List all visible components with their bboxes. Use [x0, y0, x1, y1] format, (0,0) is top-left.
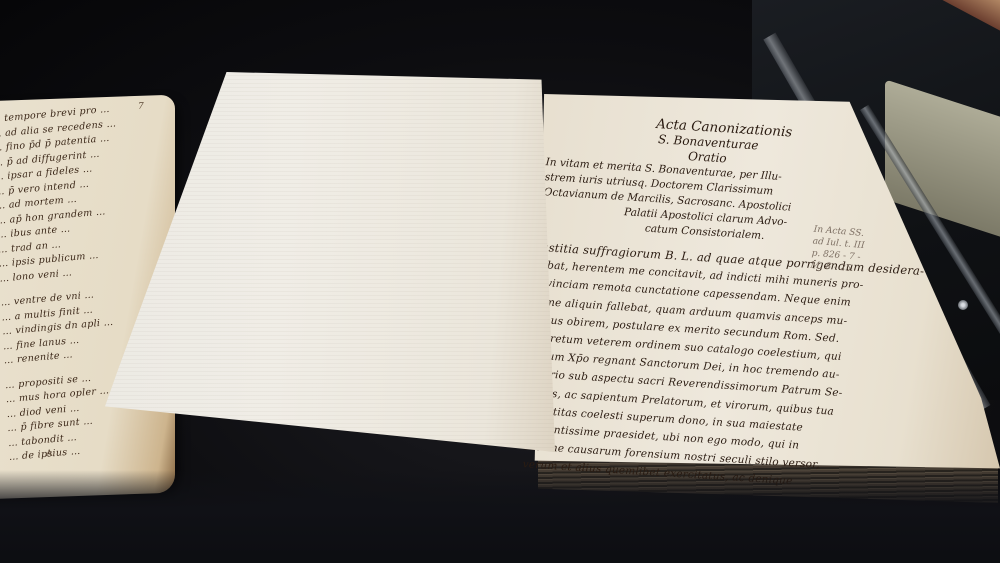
pencil-margin-note: In Acta SS. ad Iul. t. III p. 826 - 7 - …: [810, 224, 894, 279]
right-manuscript-text: Acta Canonizationis S. Bonaventurae Orat…: [522, 110, 874, 495]
museum-display-scene: 7 … tempore brevi pro … … ad alia se rec…: [0, 0, 1000, 563]
left-manuscript-text: … tempore brevi pro … … ad alia se reced…: [0, 100, 157, 465]
signature-mark: A: [46, 449, 53, 459]
black-display-cloth: [0, 470, 1000, 563]
case-screw: [958, 300, 968, 310]
